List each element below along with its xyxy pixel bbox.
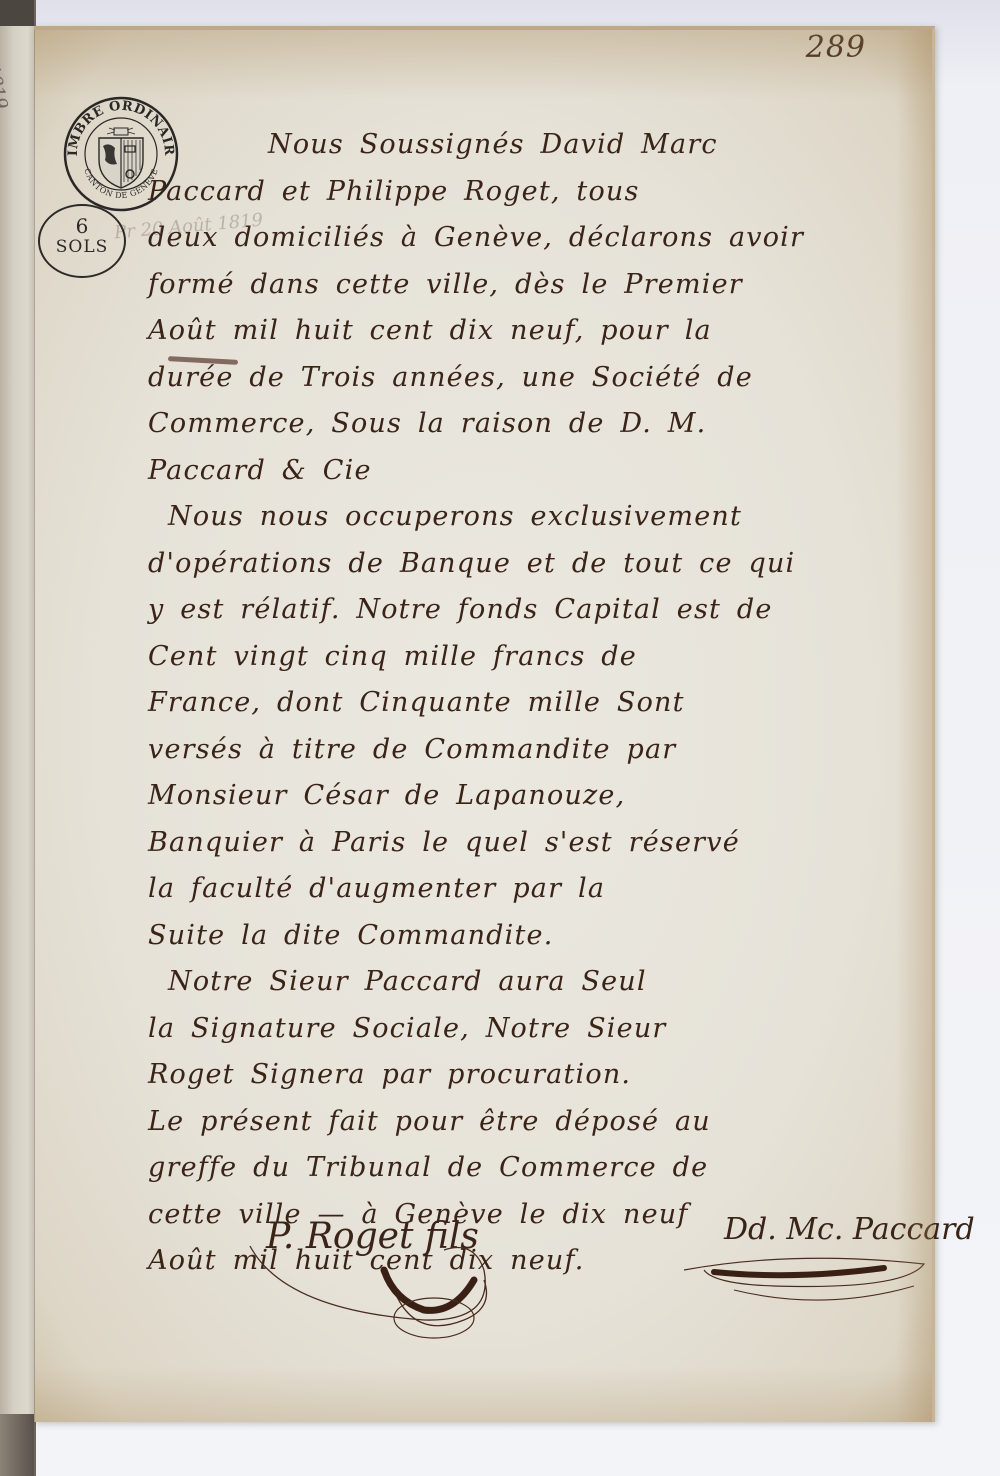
manuscript-line: France, dont Cinquante mille Sont	[148, 680, 928, 727]
folio-number: 289	[806, 30, 866, 65]
manuscript-line: durée de Trois années, une Société de	[148, 355, 928, 402]
geneva-seal-icon: TIMBRE ORDINAIRE CANTON DE GENEVE	[61, 94, 181, 214]
manuscript-body: Nous Soussignés David Marc Paccard et Ph…	[148, 122, 928, 1285]
manuscript-line: y est rélatif. Notre fonds Capital est d…	[148, 587, 928, 634]
manuscript-page: 289 TIMBRE ORDINAIRE CANTON DE GENEVE	[34, 26, 935, 1422]
stamp-unit: SOLS	[40, 238, 124, 256]
manuscript-line: formé dans cette ville, dès le Premier	[148, 262, 928, 309]
signature-roget: P. Roget fils	[266, 1216, 479, 1257]
manuscript-line: Nous nous occuperons exclusivement	[148, 494, 928, 541]
manuscript-line: greffe du Tribunal de Commerce de	[148, 1145, 928, 1192]
manuscript-line: Août mil huit cent dix neuf, pour la	[148, 308, 928, 355]
binding-shadow-bottom	[0, 1414, 34, 1476]
manuscript-line: versés à titre de Commandite par	[148, 727, 928, 774]
manuscript-line: Notre Sieur Paccard aura Seul	[148, 959, 928, 1006]
manuscript-line: Paccard & Cie	[148, 448, 928, 495]
manuscript-line: la faculté d'augmenter par la	[148, 866, 928, 913]
manuscript-line: Roget Signera par procuration.	[148, 1052, 928, 1099]
manuscript-line: Banquier à Paris le quel s'est réservé	[148, 820, 928, 867]
adjacent-page-binding: 1819	[0, 0, 36, 1476]
manuscript-line: Monsieur César de Lapanouze,	[148, 773, 928, 820]
manuscript-line: Le présent fait pour être déposé au	[148, 1099, 928, 1146]
six-sols-stamp: 6 SOLS	[38, 204, 126, 278]
manuscript-line: Nous Soussignés David Marc	[148, 122, 928, 169]
manuscript-line: la Signature Sociale, Notre Sieur	[148, 1006, 928, 1053]
manuscript-line: d'opérations de Banque et de tout ce qui	[148, 541, 928, 588]
manuscript-line: Commerce, Sous la raison de D. M.	[148, 401, 928, 448]
manuscript-line: Paccard et Philippe Roget, tous	[148, 169, 928, 216]
binding-margin-note: 1819	[0, 62, 8, 96]
binding-shadow-top	[0, 0, 34, 26]
manuscript-line: Cent vingt cinq mille francs de	[148, 634, 928, 681]
page-fold-line	[34, 30, 35, 1422]
manuscript-line: Suite la dite Commandite.	[148, 913, 928, 960]
stamp-value: 6	[40, 214, 124, 238]
signature-paccard: Dd. Mc. Paccard	[724, 1212, 975, 1247]
manuscript-line: deux domiciliés à Genève, déclarons avoi…	[148, 215, 928, 262]
timbre-ordinaire-stamp: TIMBRE ORDINAIRE CANTON DE GENEVE	[61, 94, 181, 214]
